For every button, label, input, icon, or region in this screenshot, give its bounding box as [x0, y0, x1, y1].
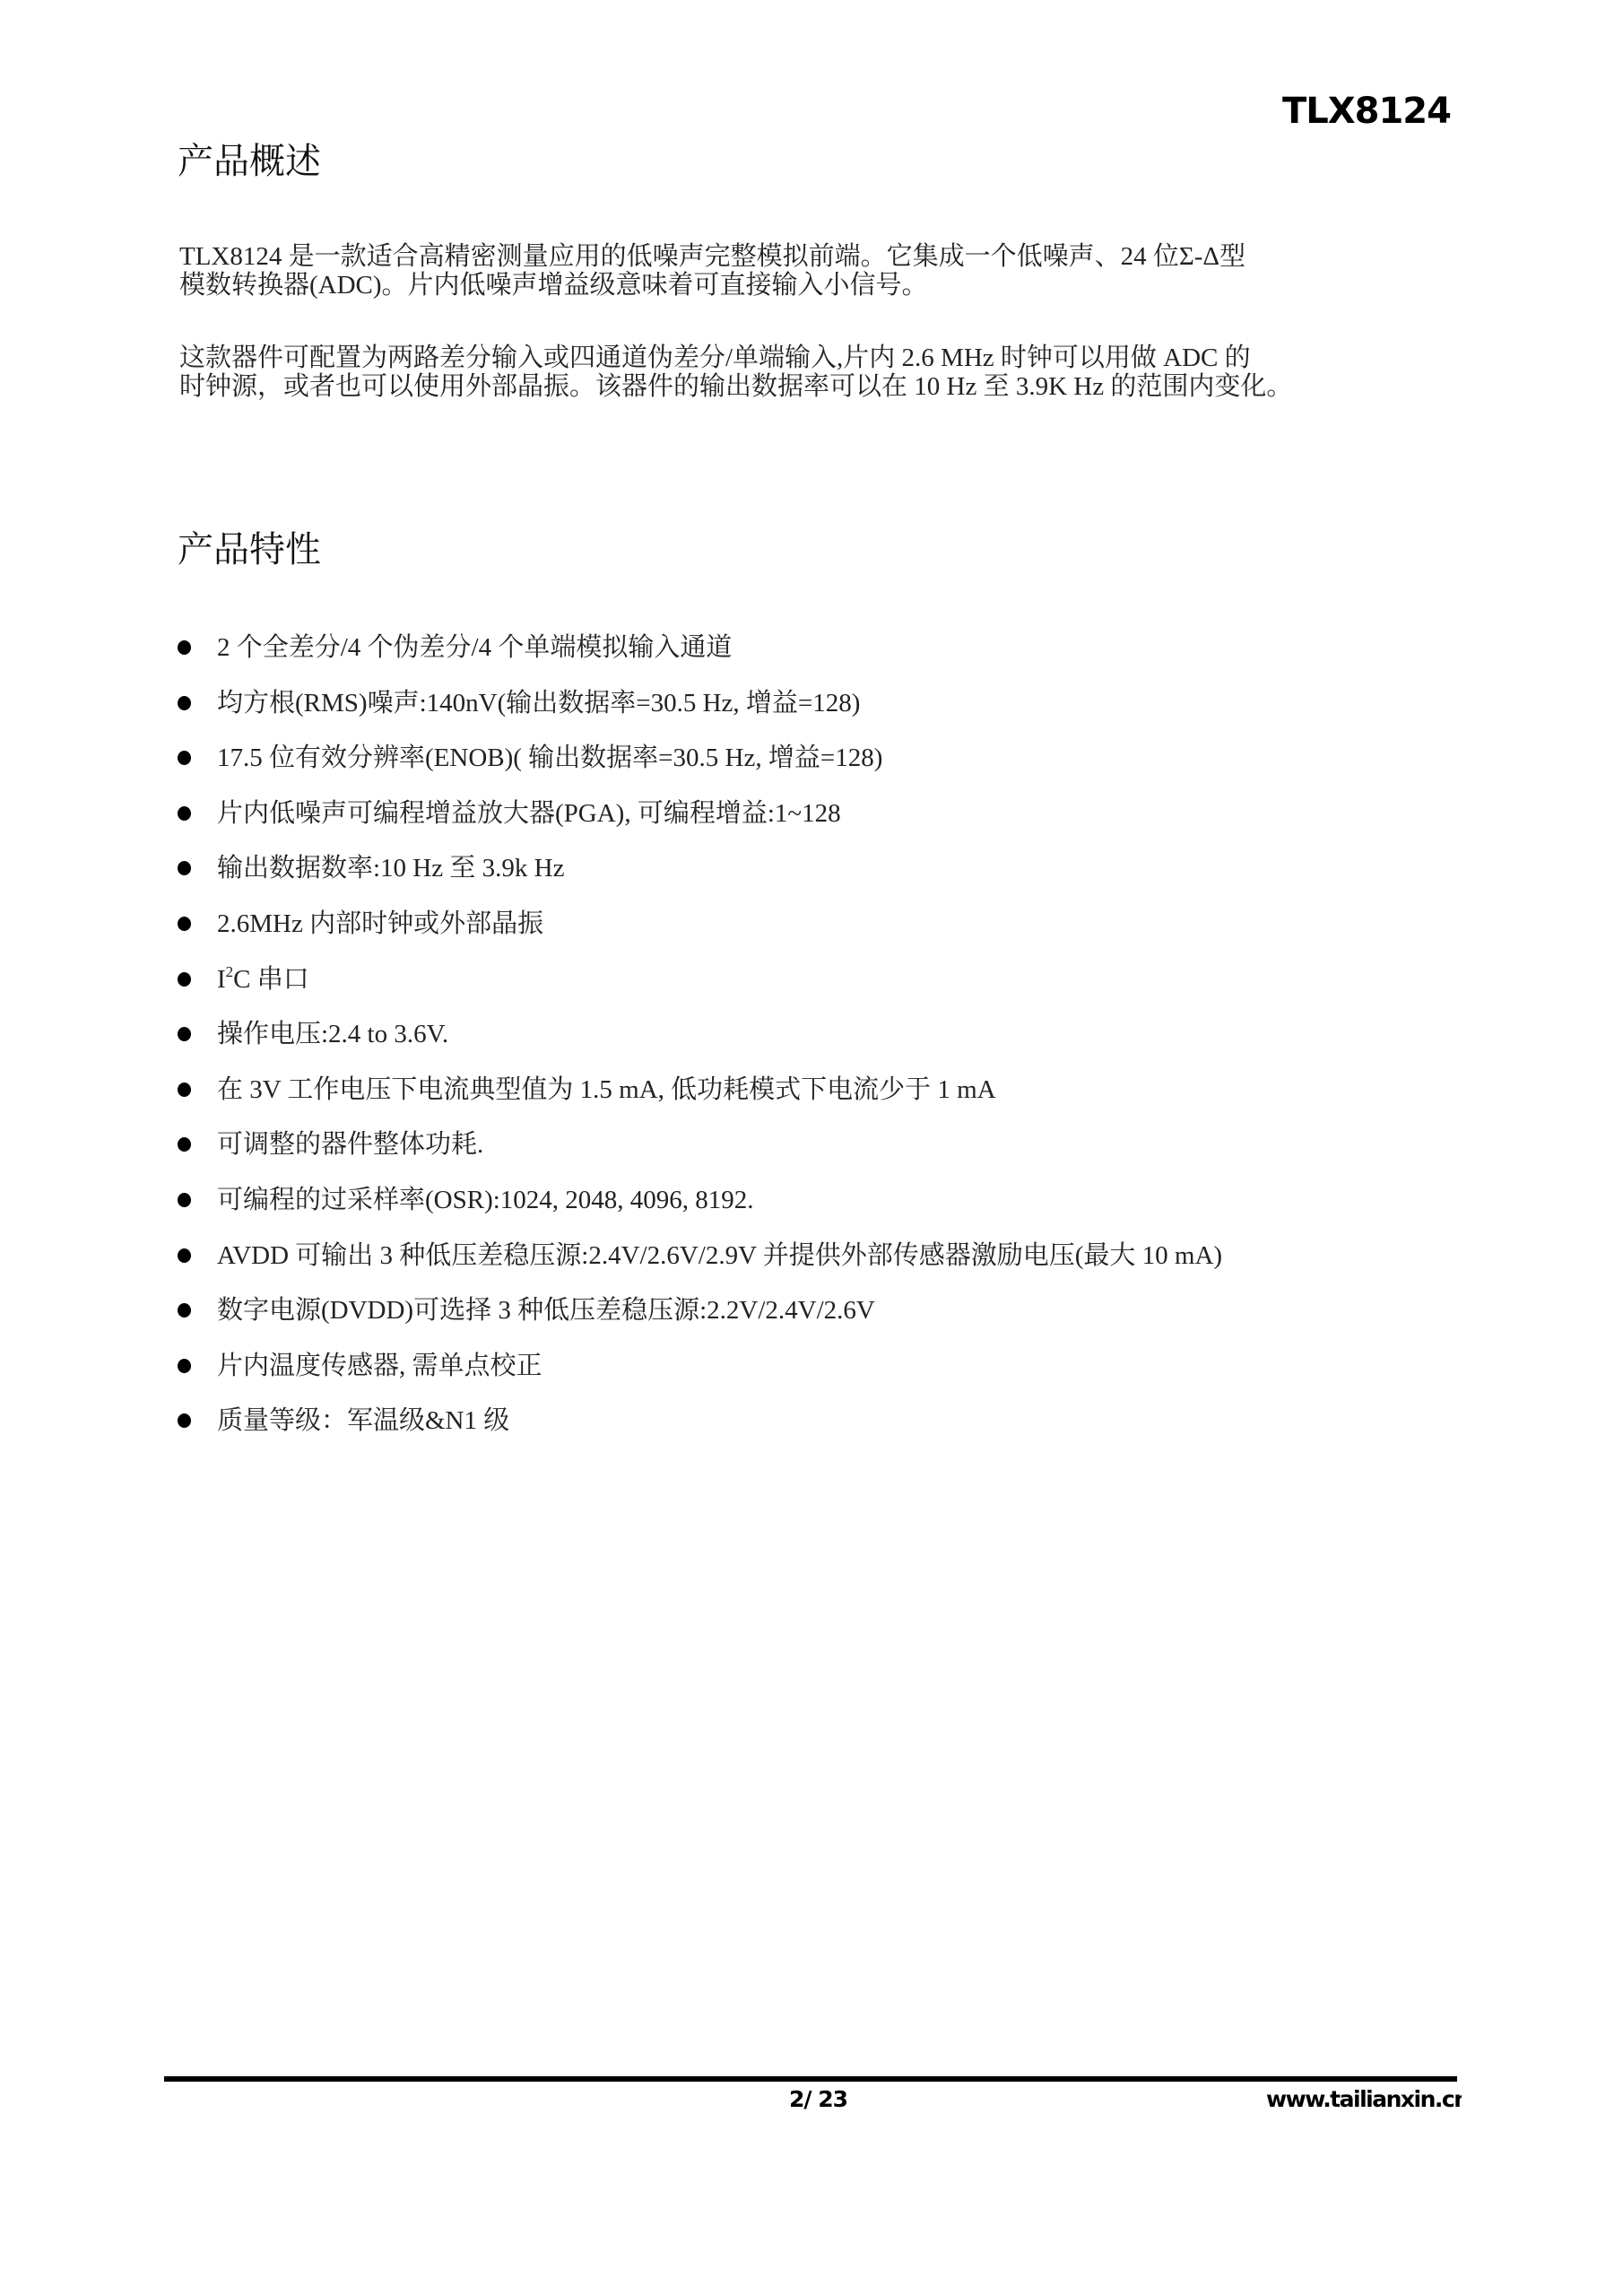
bullet-icon: [178, 917, 191, 931]
bullet-icon: [178, 1083, 191, 1097]
list-item: 2.6MHz 内部时钟或外部晶振: [178, 904, 1222, 960]
feature-text: I2C 串口: [217, 960, 309, 999]
bullet-icon: [178, 1303, 191, 1318]
list-item: AVDD 可输出 3 种低压差稳压源:2.4V/2.6V/2.9V 并提供外部传…: [178, 1236, 1222, 1291]
paragraph-line: TLX8124 是一款适合高精密测量应用的低噪声完整模拟前端。它集成一个低噪声、…: [179, 242, 1471, 271]
list-item: I2C 串口: [178, 960, 1222, 1015]
document-id: TLX8124: [1282, 93, 1451, 129]
list-item: 可调整的器件整体功耗.: [178, 1125, 1222, 1180]
feature-text: 2.6MHz 内部时钟或外部晶振: [217, 904, 543, 944]
overview-paragraph-1: TLX8124 是一款适合高精密测量应用的低噪声完整模拟前端。它集成一个低噪声、…: [179, 242, 1471, 300]
feature-text: 数字电源(DVDD)可选择 3 种低压差稳压源:2.2V/2.4V/2.6V: [217, 1291, 875, 1330]
feature-text-rest: C 串口: [233, 965, 309, 994]
feature-text: 均方根(RMS)噪声:140nV(输出数据率=30.5 Hz, 增益=128): [217, 683, 860, 723]
list-item: 质量等级：军温级&N1 级: [178, 1401, 1222, 1457]
bullet-icon: [178, 640, 191, 655]
list-item: 均方根(RMS)噪声:140nV(输出数据率=30.5 Hz, 增益=128): [178, 683, 1222, 739]
feature-text: 在 3V 工作电压下电流典型值为 1.5 mA, 低功耗模式下电流少于 1 mA: [217, 1070, 996, 1109]
bullet-icon: [178, 806, 191, 821]
overview-paragraph-2: 这款器件可配置为两路差分输入或四通道伪差分/单端输入,片内 2.6 MHz 时钟…: [179, 344, 1471, 401]
bullet-icon: [178, 1248, 191, 1263]
list-item: 17.5 位有效分辨率(ENOB)( 输出数据率=30.5 Hz, 增益=128…: [178, 738, 1222, 794]
paragraph-line: 这款器件可配置为两路差分输入或四通道伪差分/单端输入,片内 2.6 MHz 时钟…: [179, 344, 1471, 372]
feature-text: 可编程的过采样率(OSR):1024, 2048, 4096, 8192.: [217, 1180, 754, 1220]
superscript: 2: [226, 963, 234, 980]
bullet-icon: [178, 1359, 191, 1373]
website-link[interactable]: www.tailianxin.cn: [1266, 2086, 1462, 2113]
bullet-icon: [178, 861, 191, 875]
feature-text-prefix: I: [217, 965, 226, 994]
bullet-icon: [178, 1193, 191, 1207]
footer-divider: [164, 2076, 1457, 2082]
feature-text: 输出数据数率:10 Hz 至 3.9k Hz: [217, 848, 564, 888]
list-item: 操作电压:2.4 to 3.6V.: [178, 1014, 1222, 1070]
bullet-icon: [178, 751, 191, 765]
bullet-icon: [178, 1027, 191, 1041]
list-item: 片内温度传感器, 需单点校正: [178, 1346, 1222, 1402]
bullet-icon: [178, 1413, 191, 1428]
section-title-features: 产品特性: [178, 532, 321, 568]
list-item: 在 3V 工作电压下电流典型值为 1.5 mA, 低功耗模式下电流少于 1 mA: [178, 1070, 1222, 1126]
list-item: 输出数据数率:10 Hz 至 3.9k Hz: [178, 848, 1222, 904]
bullet-icon: [178, 972, 191, 987]
feature-text: 操作电压:2.4 to 3.6V.: [217, 1014, 448, 1054]
feature-text: 可调整的器件整体功耗.: [217, 1125, 483, 1164]
feature-text: 片内温度传感器, 需单点校正: [217, 1346, 542, 1386]
bullet-icon: [178, 1137, 191, 1152]
paragraph-line: 时钟源，或者也可以使用外部晶振。该器件的输出数据率可以在 10 Hz 至 3.9…: [179, 372, 1471, 401]
feature-list: 2 个全差分/4 个伪差分/4 个单端模拟输入通道 均方根(RMS)噪声:140…: [178, 628, 1222, 1457]
feature-text: 17.5 位有效分辨率(ENOB)( 输出数据率=30.5 Hz, 增益=128…: [217, 738, 882, 778]
list-item: 2 个全差分/4 个伪差分/4 个单端模拟输入通道: [178, 628, 1222, 683]
feature-text: 2 个全差分/4 个伪差分/4 个单端模拟输入通道: [217, 628, 732, 667]
list-item: 可编程的过采样率(OSR):1024, 2048, 4096, 8192.: [178, 1180, 1222, 1236]
feature-text: AVDD 可输出 3 种低压差稳压源:2.4V/2.6V/2.9V 并提供外部传…: [217, 1236, 1222, 1275]
list-item: 数字电源(DVDD)可选择 3 种低压差稳压源:2.2V/2.4V/2.6V: [178, 1291, 1222, 1346]
bullet-icon: [178, 696, 191, 710]
list-item: 片内低噪声可编程增益放大器(PGA), 可编程增益:1~128: [178, 794, 1222, 849]
feature-text: 质量等级：军温级&N1 级: [217, 1401, 509, 1440]
paragraph-line: 模数转换器(ADC)。片内低噪声增益级意味着可直接输入小信号。: [179, 271, 1471, 300]
page-number: 2/ 23: [789, 2086, 847, 2113]
section-title-overview: 产品概述: [178, 143, 321, 179]
feature-text: 片内低噪声可编程增益放大器(PGA), 可编程增益:1~128: [217, 794, 841, 833]
